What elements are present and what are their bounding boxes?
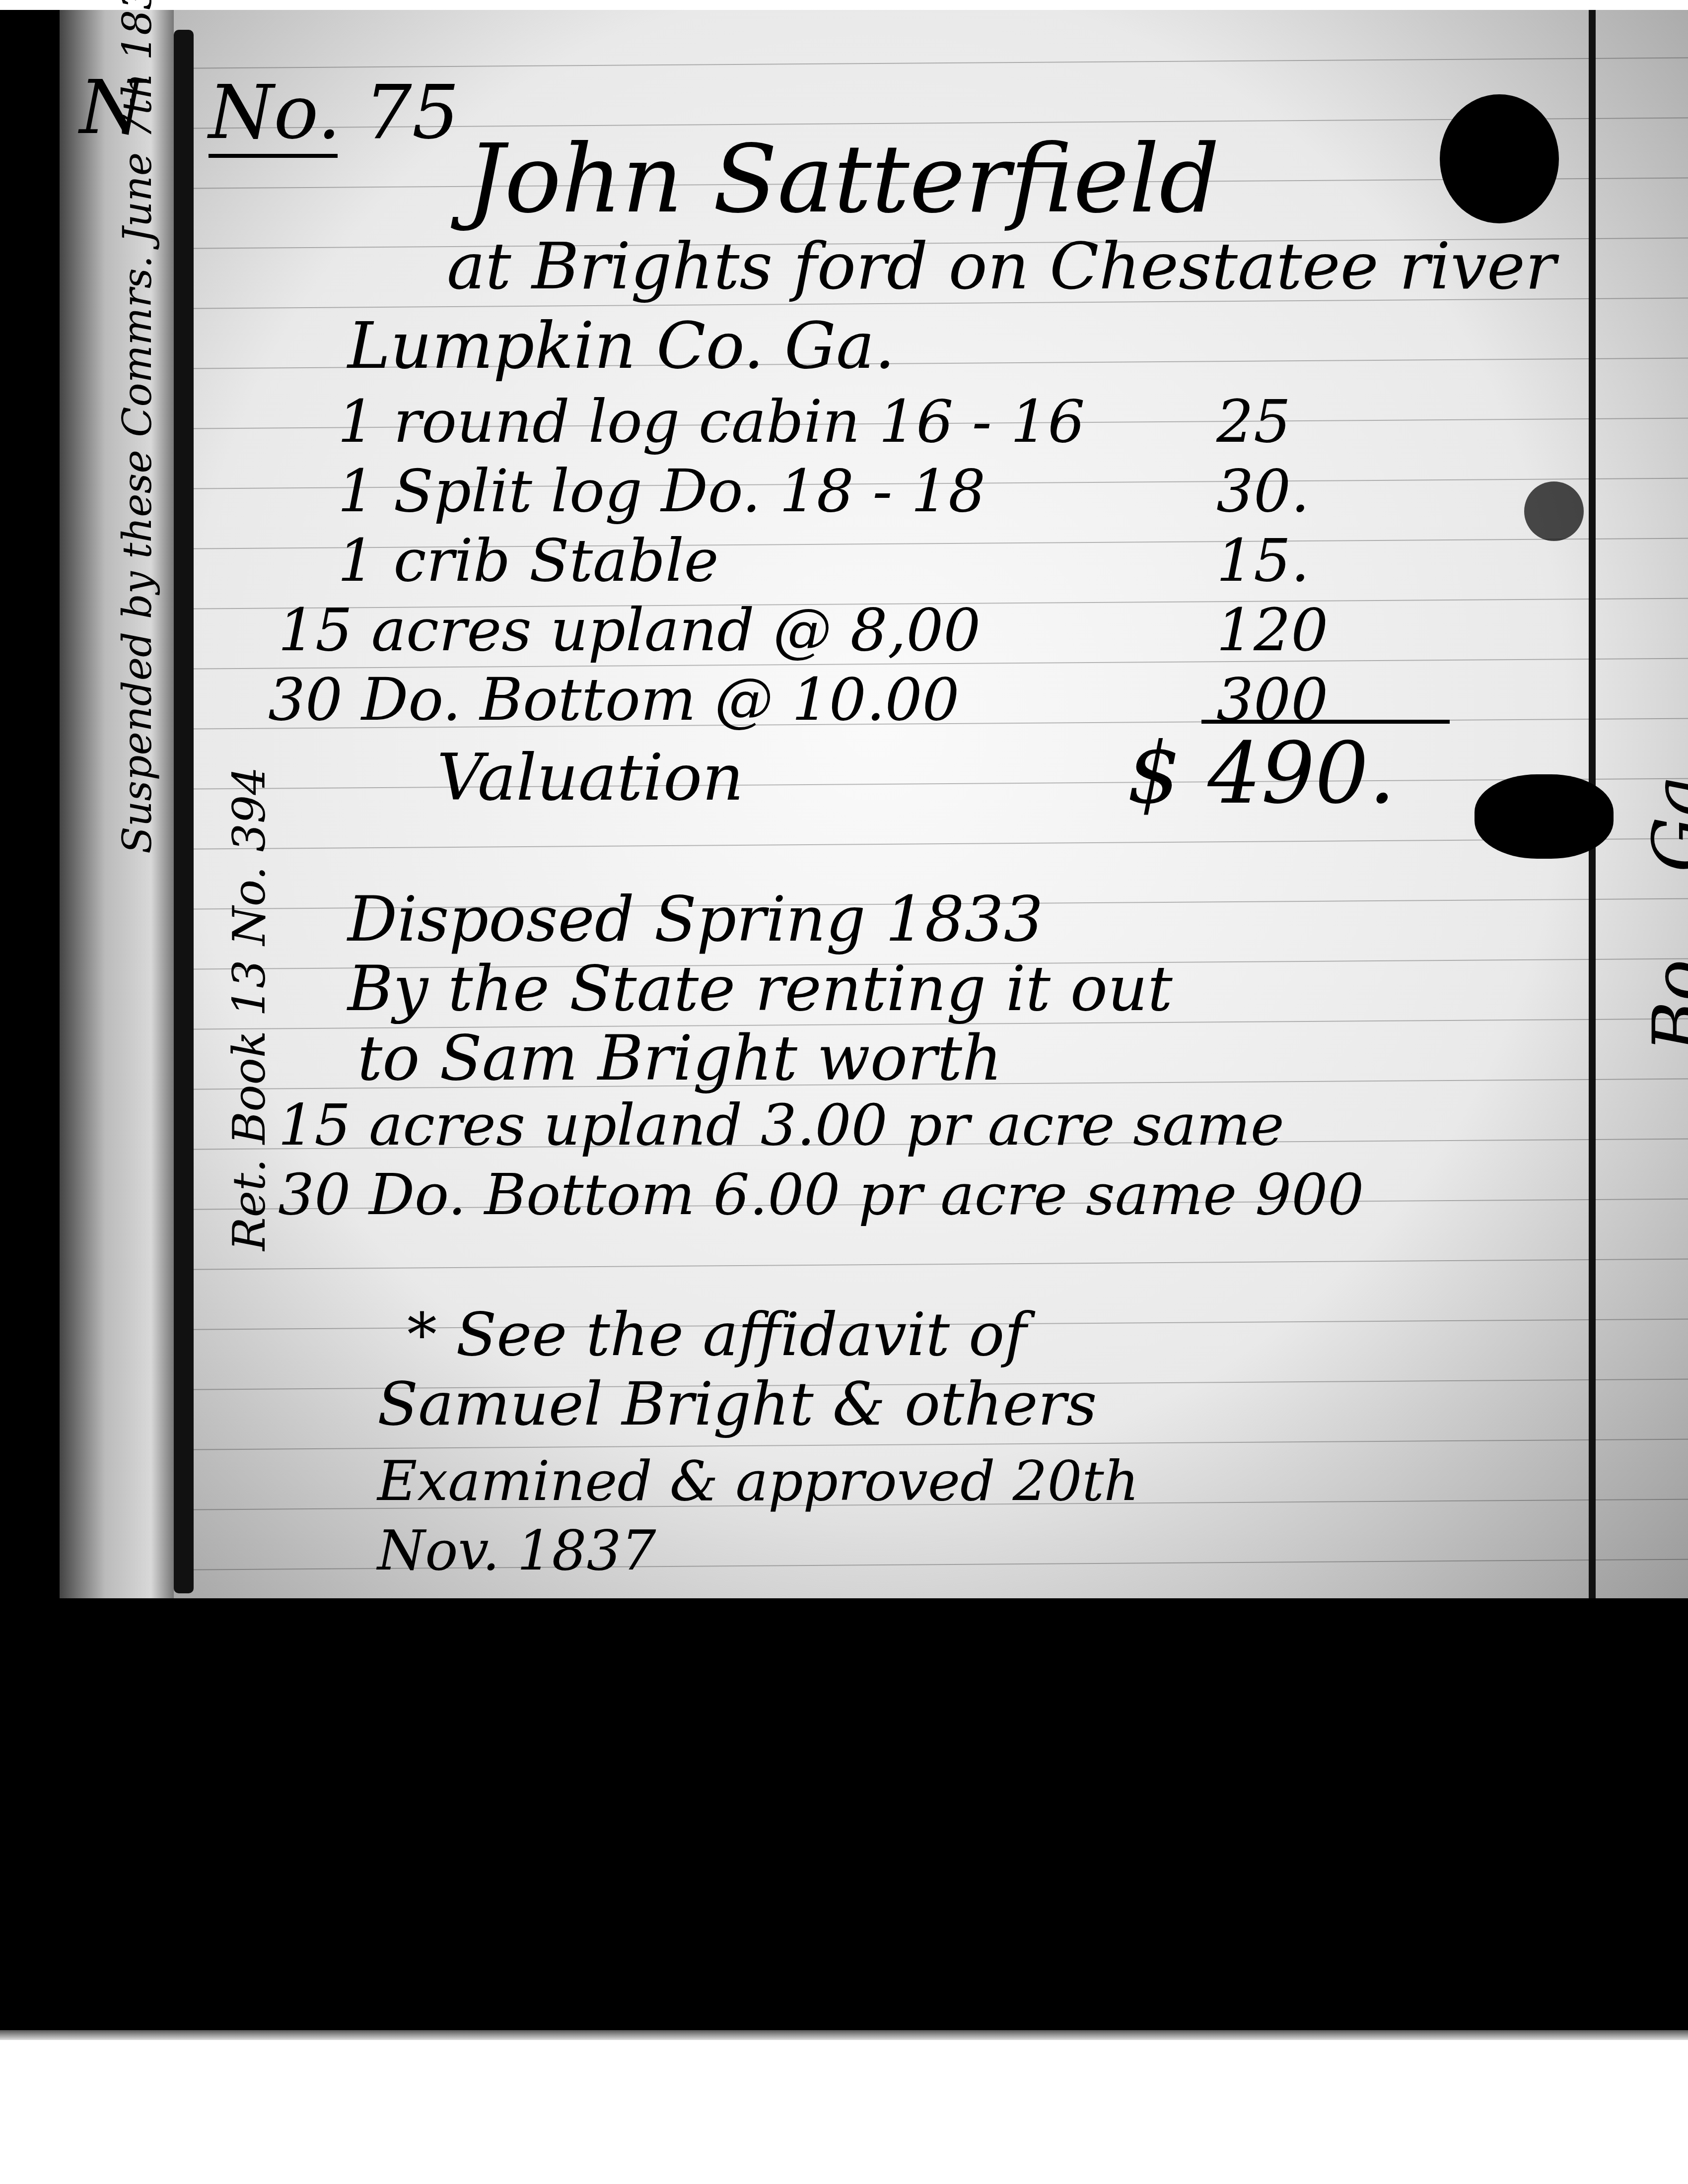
improvement-description: 1 Split log Do. 18 - 18 [338,457,985,525]
improvement-amount: 25 [1216,387,1291,456]
approval-date: Nov. 1837 [377,1519,656,1582]
improvement-description: 30 Do. Bottom @ 10.00 [268,665,960,734]
improvement-amount: 15. [1216,526,1310,595]
scanned-page-background: Suspended by these Commrs. June 7th 1837… [0,10,1688,2030]
improvement-amount: 120 [1216,596,1328,664]
improvement-description: 1 round log cabin 16 - 16 [338,387,1085,456]
record-number: No. 75 [209,69,459,156]
disposal-line: to Sam Bright worth [357,1023,1002,1094]
ink-blot [1440,94,1559,223]
claimant-name: John Satterfield [467,124,1220,234]
valuation-label: Valuation [437,740,744,815]
location-line-1: at Brights ford on Chestatee river [447,228,1556,304]
disposal-line: By the State renting it out [348,953,1173,1025]
disposal-line: 15 acres upland 3.00 pr acre same [278,1092,1284,1159]
ink-blot [1475,774,1614,859]
improvement-description: 1 crib Stable [338,526,719,595]
ink-smudge [1524,481,1584,541]
sum-rule [1201,720,1450,724]
improvement-description: 15 acres upland @ 8,00 [278,596,981,664]
improvement-amount: 30. [1216,457,1310,525]
approval-note: Examined & approved 20th [377,1449,1139,1513]
binding-rule [174,30,194,1593]
record-number-underline [209,154,338,158]
valuation-total: $ 490. [1127,725,1396,823]
location-line-2: Lumpkin Co. Ga. [348,308,895,383]
margin-number-prefix: N [79,65,144,151]
ledger-page: Suspended by these Commrs. June 7th 1837… [60,10,1688,1598]
scan-edge [0,2030,1688,2040]
disposal-line: Disposed Spring 1833 [348,884,1043,955]
disposal-line: 30 Do. Bottom 6.00 pr acre same 900 [278,1161,1364,1228]
margin-note-reference: Ret. Book 13 No. 394 [223,766,276,1251]
affidavit-note: * See the affidavit of [407,1300,1027,1369]
affidavit-note: Samuel Bright & others [377,1370,1097,1439]
right-margin-fragment: Bo... Ga... [1638,709,1688,1052]
